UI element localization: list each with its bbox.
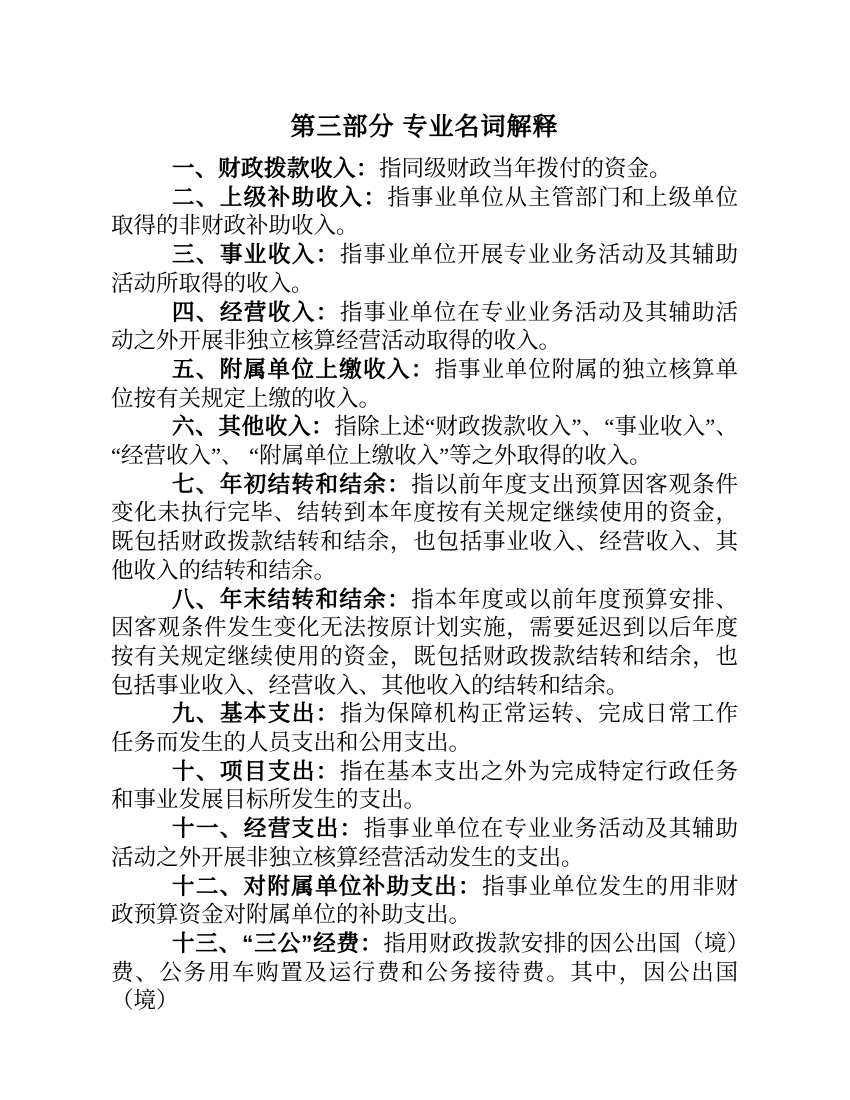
document-page: 第三部分 专业名词解释 一、财政拨款收入：指同级财政当年拨付的资金。 二、上级补…: [0, 0, 850, 1100]
document-content: 第三部分 专业名词解释 一、财政拨款收入：指同级财政当年拨付的资金。 二、上级补…: [111, 112, 738, 1016]
definition-item: 五、附属单位上缴收入：指事业单位附属的独立核算单位按有关规定上缴的收入。: [111, 356, 738, 413]
definition-item: 二、上级补助收入：指事业单位从主管部门和上级单位取得的非财政补助收入。: [111, 184, 738, 241]
definition-item: 一、财政拨款收入：指同级财政当年拨付的资金。: [111, 155, 738, 184]
term-label: 五、附属单位上缴收入：: [172, 357, 435, 382]
term-label: 六、其他收入：: [172, 414, 334, 439]
term-label: 十、项目支出：: [172, 759, 340, 784]
term-label: 十三、“三公”经费：: [172, 931, 383, 956]
term-label: 四、经营收入：: [172, 300, 340, 325]
definition-item: 九、基本支出：指为保障机构正常运转、完成日常工作任务而发生的人员支出和公用支出。: [111, 700, 738, 757]
definition-item: 十一、经营支出：指事业单位在专业业务活动及其辅助活动之外开展非独立核算经营活动发…: [111, 815, 738, 872]
term-label: 二、上级补助收入：: [172, 185, 387, 210]
definition-item: 七、年初结转和结余：指以前年度支出预算因客观条件变化未执行完毕、结转到本年度按有…: [111, 471, 738, 586]
definition-item: 三、事业收入：指事业单位开展专业业务活动及其辅助活动所取得的收入。: [111, 241, 738, 298]
section-title: 第三部分 专业名词解释: [111, 112, 738, 142]
term-label: 十一、经营支出：: [172, 816, 364, 841]
definition-item: 四、经营收入：指事业单位在专业业务活动及其辅助活动之外开展非独立核算经营活动取得…: [111, 299, 738, 356]
definition-item: 十三、“三公”经费：指用财政拨款安排的因公出国（境）费、公务用车购置及运行费和公…: [111, 930, 738, 1016]
term-label: 七、年初结转和结余：: [172, 472, 411, 497]
term-label: 一、财政拨款收入：: [172, 156, 379, 181]
definition-text: 指同级财政当年拨付的资金。: [379, 156, 672, 181]
definition-item: 十、项目支出：指在基本支出之外为完成特定行政任务和事业发展目标所发生的支出。: [111, 758, 738, 815]
definition-item: 六、其他收入：指除上述“财政拨款收入”、“事业收入”、“经营收入”、 “附属单位…: [111, 413, 738, 470]
term-label: 三、事业收入：: [172, 242, 340, 267]
term-label: 十二、对附属单位补助支出：: [172, 874, 482, 899]
term-label: 八、年末结转和结余：: [172, 587, 411, 612]
definition-item: 八、年末结转和结余：指本年度或以前年度预算安排、因客观条件发生变化无法按原计划实…: [111, 586, 738, 701]
definition-item: 十二、对附属单位补助支出：指事业单位发生的用非财政预算资金对附属单位的补助支出。: [111, 873, 738, 930]
term-label: 九、基本支出：: [172, 701, 340, 726]
